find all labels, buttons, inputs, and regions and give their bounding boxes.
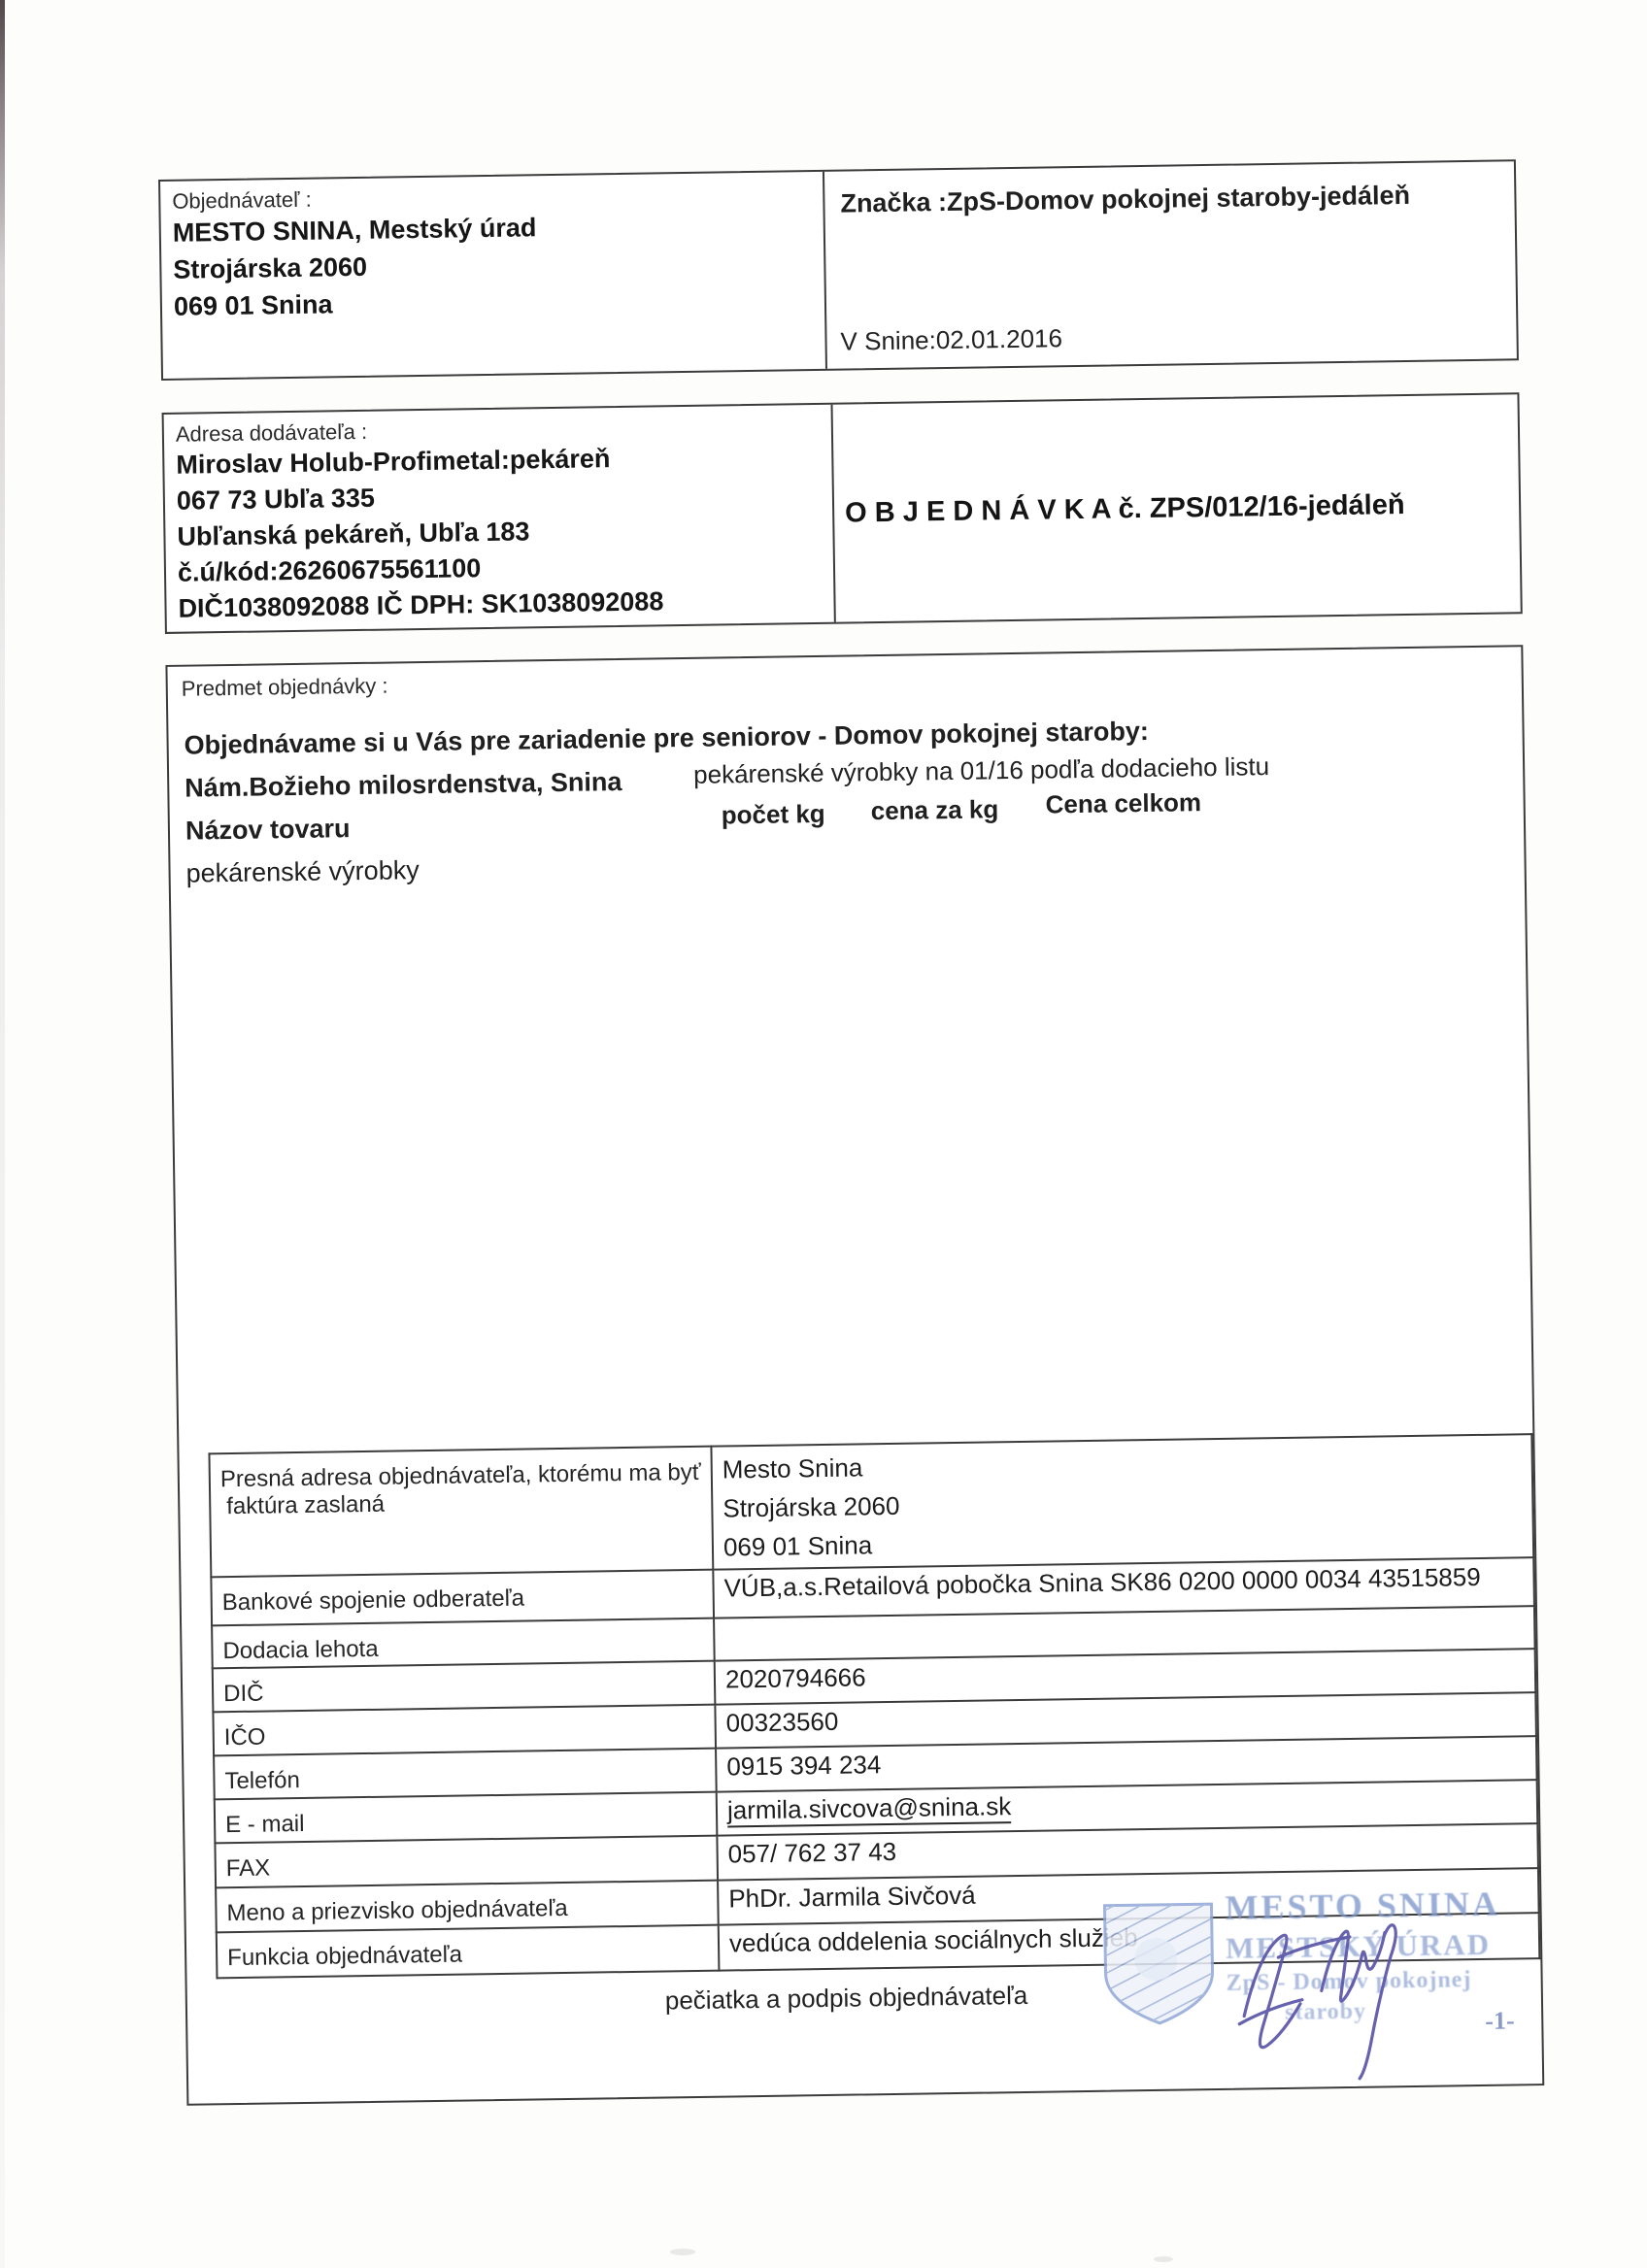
row-label: Funkcia objednávateľa — [217, 1925, 720, 1979]
column-header-name: Názov tovaru — [185, 814, 351, 847]
row-value: Mesto Snina Strojárska 2060 069 01 Snina — [711, 1434, 1533, 1570]
row-label: Telefón — [214, 1749, 717, 1800]
official-stamp: MESTO SNINA MESTSKÝ ÚRAD ZpS - Domov pok… — [1087, 1882, 1546, 2092]
row-label: Presná adresa objednávateľa, ktorému ma … — [209, 1447, 713, 1578]
scanned-order-document: Objednávateľ : MESTO SNINA, Mestský úrad… — [158, 159, 1540, 2111]
row-label: FAX — [215, 1836, 718, 1888]
supplier-box: Adresa dodávateľa : Miroslav Holub-Profi… — [162, 392, 1523, 634]
row-label: E - mail — [215, 1792, 718, 1844]
place-and-date: V Snine:02.01.2016 — [840, 323, 1062, 356]
box1-column-divider — [823, 172, 827, 369]
column-header-unit-price: cena za kg — [871, 794, 999, 826]
page-number: -1- — [1485, 2006, 1515, 2035]
order-intro-line2: Nám.Božieho milosrdenstva, Snina — [185, 767, 622, 804]
row-label: Dodacia lehota — [212, 1618, 715, 1669]
row-label: Bankové spojenie odberateľa — [211, 1570, 714, 1626]
order-number-title: O B J E D N Á V K A č. ZPS/012/16-jedále… — [844, 394, 1515, 621]
box2-column-divider — [831, 405, 836, 622]
row-label: Meno a priezvisko objednávateľa — [216, 1881, 719, 1933]
table-row: Presná adresa objednávateľa, ktorému ma … — [209, 1434, 1533, 1577]
buyer-cell: Objednávateľ : MESTO SNINA, Mestský úrad… — [172, 180, 823, 325]
handwritten-signature — [1184, 1896, 1497, 2095]
reference-mark: Značka :ZpS-Domov pokojnej staroby-jedál… — [840, 181, 1410, 219]
row-label: IČO — [213, 1705, 716, 1756]
order-subject-box: Predmet objednávky : Objednávame si u Vá… — [165, 645, 1544, 2106]
scan-smudge — [670, 2249, 695, 2255]
stamp-caption: pečiatka a podpis objednávateľa — [665, 1981, 1028, 2017]
supplier-cell: Adresa dodávateľa : Miroslav Holub-Profi… — [176, 413, 825, 627]
buyer-header-box: Objednávateľ : MESTO SNINA, Mestský úrad… — [158, 159, 1519, 381]
order-item: pekárenské výrobky — [185, 855, 420, 889]
scan-edge-artifact — [0, 0, 5, 2268]
email-value: jarmila.sivcova@snina.sk — [727, 1791, 1012, 1827]
scan-smudge — [1154, 2256, 1173, 2262]
column-header-qty: počet kg — [722, 799, 825, 831]
subject-label: Predmet objednávky : — [182, 674, 388, 702]
row-label: DIČ — [213, 1661, 716, 1713]
order-intro-line1: Objednávame si u Vás pre zariadenie pre … — [184, 717, 1149, 761]
column-header-total: Cena celkom — [1045, 787, 1201, 819]
order-period-note: pekárenské výrobky na 01/16 podľa dodaci… — [693, 751, 1269, 790]
